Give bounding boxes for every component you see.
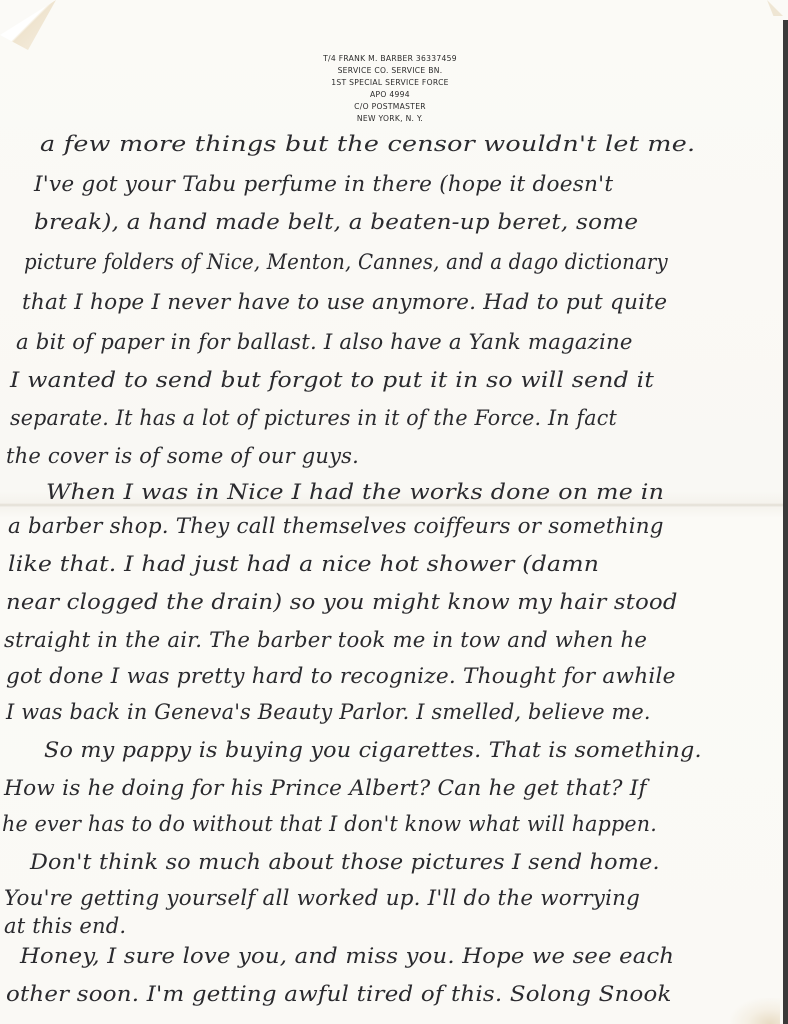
letter-line: So my pappy is buying you cigarettes. Th… xyxy=(44,738,702,762)
letter-line: picture folders of Nice, Menton, Cannes,… xyxy=(24,250,668,274)
letter-line: I wanted to send but forgot to put it in… xyxy=(10,368,654,392)
letter-line: near clogged the drain) so you might kno… xyxy=(6,590,678,614)
letter-line: I've got your Tabu perfume in there (hop… xyxy=(34,172,613,196)
letter-line: When I was in Nice I had the works done … xyxy=(46,480,664,504)
letter-line: a bit of paper in for ballast. I also ha… xyxy=(16,330,633,354)
letter-body: a few more things but the censor wouldn'… xyxy=(0,0,788,1024)
letter-line: a few more things but the censor wouldn'… xyxy=(40,132,695,156)
letter-line: You're getting yourself all worked up. I… xyxy=(4,886,640,910)
letter-line: break), a hand made belt, a beaten-up be… xyxy=(34,210,638,234)
letter-line: Don't think so much about those pictures… xyxy=(30,850,660,874)
letter-line: I was back in Geneva's Beauty Parlor. I … xyxy=(6,700,651,724)
letter-line: separate. It has a lot of pictures in it… xyxy=(10,406,617,430)
letter-line: got done I was pretty hard to recognize.… xyxy=(6,664,676,688)
letter-line: at this end. xyxy=(4,914,126,938)
letter-line: he ever has to do without that I don't k… xyxy=(2,812,657,836)
letter-line: that I hope I never have to use anymore.… xyxy=(22,290,667,314)
letter-line: a barber shop. They call themselves coif… xyxy=(8,514,664,538)
letter-line: other soon. I'm getting awful tired of t… xyxy=(6,982,672,1006)
letter-line: the cover is of some of our guys. xyxy=(6,444,359,468)
letter-line: How is he doing for his Prince Albert? C… xyxy=(4,776,647,800)
letter-line: Honey, I sure love you, and miss you. Ho… xyxy=(20,944,674,968)
letter-line: like that. I had just had a nice hot sho… xyxy=(8,552,599,576)
letter-line: straight in the air. The barber took me … xyxy=(4,628,647,652)
